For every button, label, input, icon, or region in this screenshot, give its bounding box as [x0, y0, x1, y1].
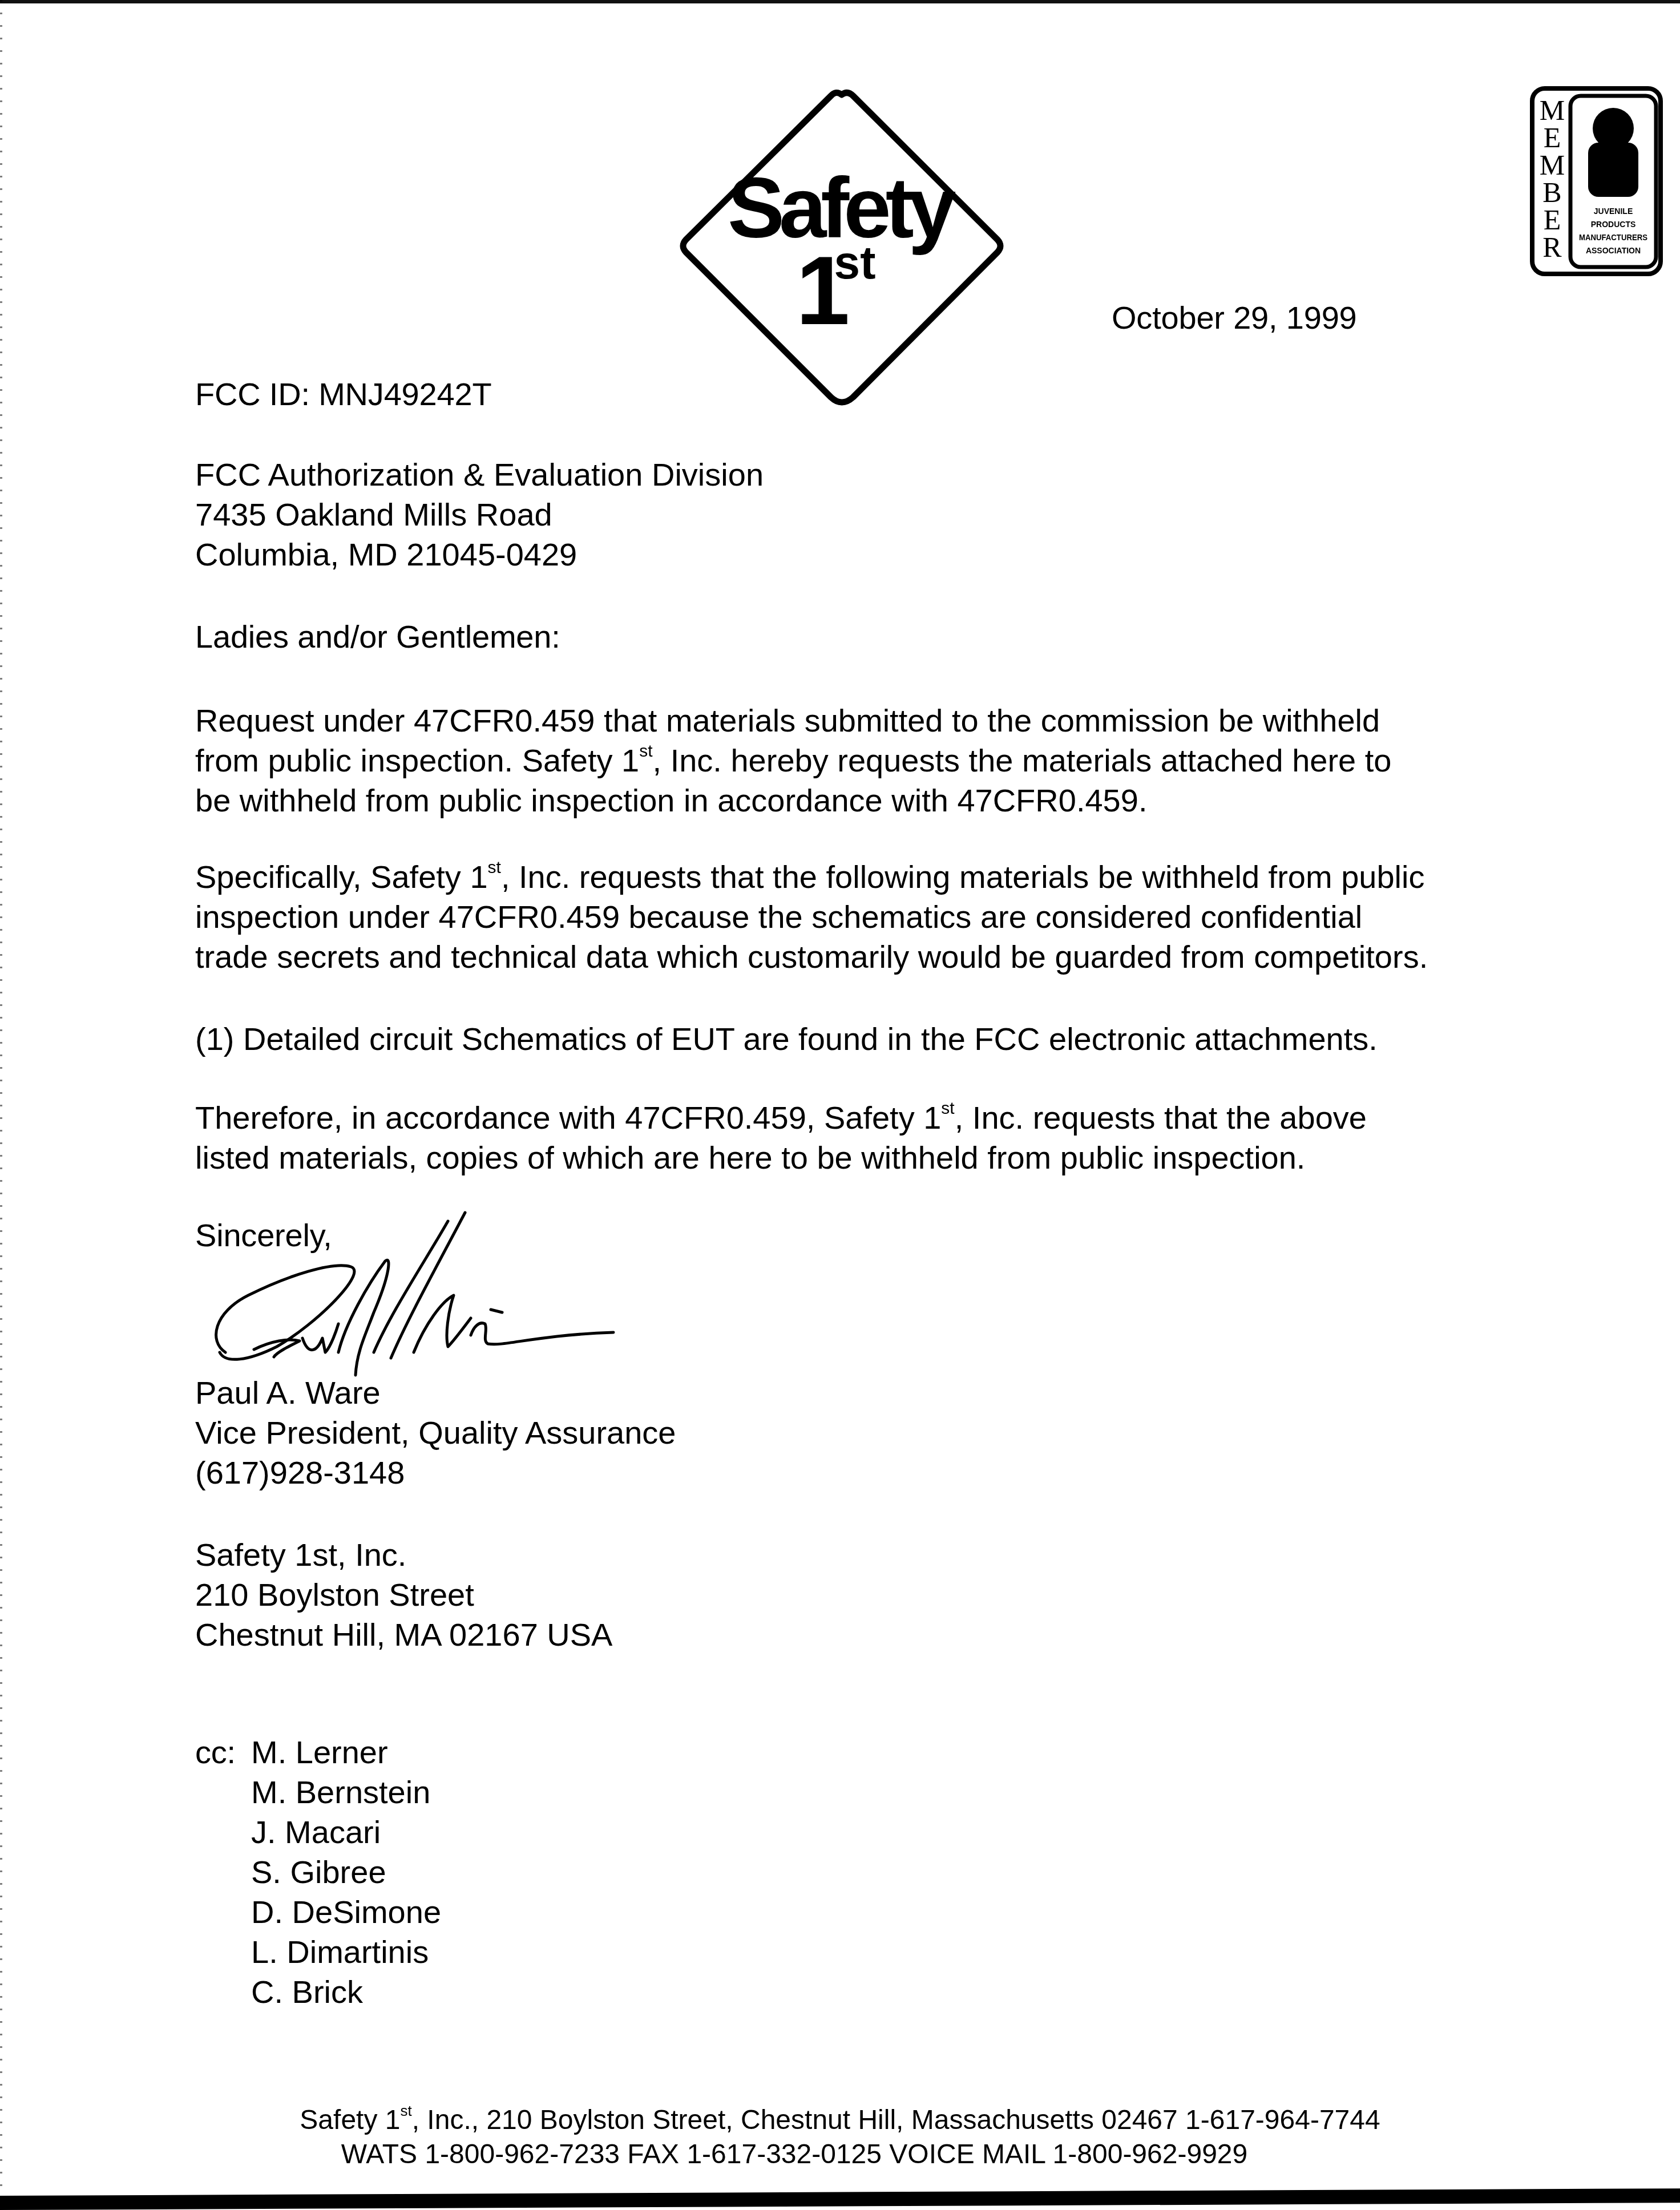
- scan-edge-top: [0, 0, 1680, 3]
- cc-name: M. Bernstein: [251, 1772, 441, 1812]
- paragraph-line: be withheld from public inspection in ac…: [195, 781, 1391, 821]
- paragraph-line: from public inspection. Safety 1st, Inc.…: [195, 741, 1391, 781]
- letter-date: October 29, 1999: [1112, 298, 1357, 338]
- signer-phone: (617)928-3148: [195, 1453, 676, 1493]
- svg-text:PRODUCTS: PRODUCTS: [1591, 220, 1636, 229]
- svg-text:st: st: [834, 237, 876, 289]
- svg-text:ASSOCIATION: ASSOCIATION: [1586, 246, 1641, 255]
- sender-line: Chestnut Hill, MA 02167 USA: [195, 1615, 612, 1655]
- footer-line-1: Safety 1st, Inc., 210 Boylston Street, C…: [0, 2103, 1680, 2138]
- svg-text:MANUFACTURERS: MANUFACTURERS: [1579, 233, 1647, 242]
- recipient-address: FCC Authorization & Evaluation Division …: [195, 455, 764, 575]
- signer-title: Vice President, Quality Assurance: [195, 1413, 676, 1453]
- signer-block: Paul A. Ware Vice President, Quality Ass…: [195, 1373, 676, 1493]
- svg-text:JUVENILE: JUVENILE: [1594, 207, 1633, 216]
- salutation: Ladies and/or Gentlemen:: [195, 617, 560, 657]
- sender-line: Safety 1st, Inc.: [195, 1535, 612, 1575]
- cc-name: S. Gibree: [251, 1852, 441, 1892]
- safety-1st-logo: Safety 1 st: [673, 84, 1010, 407]
- paragraph-request: Request under 47CFR0.459 that materials …: [195, 701, 1391, 821]
- paragraph-line: Therefore, in accordance with 47CFR0.459…: [195, 1098, 1367, 1138]
- recipient-line: FCC Authorization & Evaluation Division: [195, 455, 764, 495]
- paragraph-line: inspection under 47CFR0.459 because the …: [195, 897, 1428, 937]
- sender-address: Safety 1st, Inc. 210 Boylston Street Che…: [195, 1535, 612, 1655]
- cc-name: M. Lerner: [251, 1732, 441, 1772]
- paragraph-item-1: (1) Detailed circuit Schematics of EUT a…: [195, 1019, 1378, 1059]
- recipient-line: Columbia, MD 21045-0429: [195, 535, 764, 575]
- cc-name: D. DeSimone: [251, 1892, 441, 1932]
- paragraph-line: Request under 47CFR0.459 that materials …: [195, 701, 1391, 741]
- scan-edge-left: [0, 0, 2, 2210]
- paragraph-line: trade secrets and technical data which c…: [195, 937, 1428, 977]
- safety-1st-diamond-icon: Safety 1 st: [673, 84, 1010, 407]
- cc-name: J. Macari: [251, 1812, 441, 1852]
- cc-label: cc:: [195, 1732, 236, 1772]
- cc-list: M. Lerner M. Bernstein J. Macari S. Gibr…: [251, 1732, 441, 2012]
- fcc-id: FCC ID: MNJ49242T: [195, 374, 491, 414]
- svg-text:R: R: [1542, 231, 1562, 263]
- letter-page: Safety 1 st M E M B E R JUVENILE PRODUCT…: [0, 0, 1680, 2210]
- jpma-member-badge: M E M B E R JUVENILE PRODUCTS MANUFACTUR…: [1529, 86, 1663, 277]
- member-badge-icon: M E M B E R JUVENILE PRODUCTS MANUFACTUR…: [1529, 86, 1663, 277]
- signature: [203, 1210, 659, 1381]
- scan-edge-bottom: [0, 2188, 1680, 2210]
- paragraph-therefore: Therefore, in accordance with 47CFR0.459…: [195, 1098, 1367, 1178]
- cc-name: L. Dimartinis: [251, 1932, 441, 1972]
- sender-line: 210 Boylston Street: [195, 1575, 612, 1615]
- cc-name: C. Brick: [251, 1972, 441, 2012]
- paragraph-line: (1) Detailed circuit Schematics of EUT a…: [195, 1019, 1378, 1059]
- footer-line-2: WATS 1-800-962-7233 FAX 1-617-332-0125 V…: [0, 2137, 1634, 2172]
- signature-icon: [203, 1210, 659, 1381]
- signer-name: Paul A. Ware: [195, 1373, 676, 1413]
- paragraph-specifically: Specifically, Safety 1st, Inc. requests …: [195, 857, 1428, 977]
- paragraph-line: listed materials, copies of which are he…: [195, 1138, 1367, 1178]
- recipient-line: 7435 Oakland Mills Road: [195, 495, 764, 535]
- paragraph-line: Specifically, Safety 1st, Inc. requests …: [195, 857, 1428, 897]
